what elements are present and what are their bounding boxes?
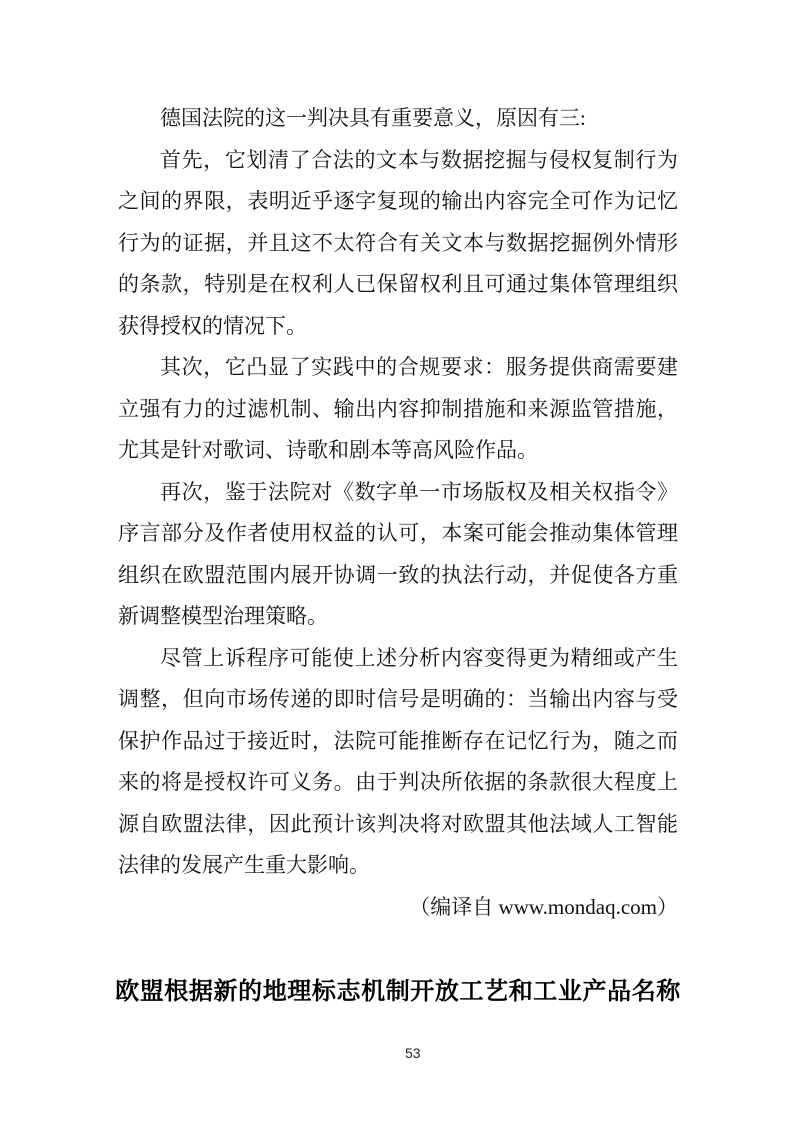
body-paragraph-first-reason: 首先，它划清了合法的文本与数据挖掘与侵权复制行为之间的界限，表明近乎逐字复现的输…	[118, 140, 678, 348]
body-paragraph-third-reason: 再次，鉴于法院对《数字单一市场版权及相关权指令》序言部分及作者使用权益的认可，本…	[118, 472, 678, 638]
body-paragraph-second-reason: 其次，它凸显了实践中的合规要求：服务提供商需要建立强有力的过滤机制、输出内容抑制…	[118, 347, 678, 472]
document-page: 德国法院的这一判决具有重要意义，原因有三: 首先，它划清了合法的文本与数据挖掘与…	[0, 0, 793, 1122]
body-paragraph-intro: 德国法院的这一判决具有重要意义，原因有三:	[118, 98, 678, 140]
next-article-heading: 欧盟根据新的地理标志机制开放工艺和工业产品名称	[108, 970, 688, 1014]
article-body: 德国法院的这一判决具有重要意义，原因有三: 首先，它划清了合法的文本与数据挖掘与…	[118, 98, 678, 1014]
body-paragraph-conclusion: 尽管上诉程序可能使上述分析内容变得更为精细或产生调整，但向市场传递的即时信号是明…	[118, 638, 678, 887]
page-number: 53	[405, 1044, 421, 1062]
attribution-line: （编译自 www.mondaq.com）	[118, 887, 678, 929]
